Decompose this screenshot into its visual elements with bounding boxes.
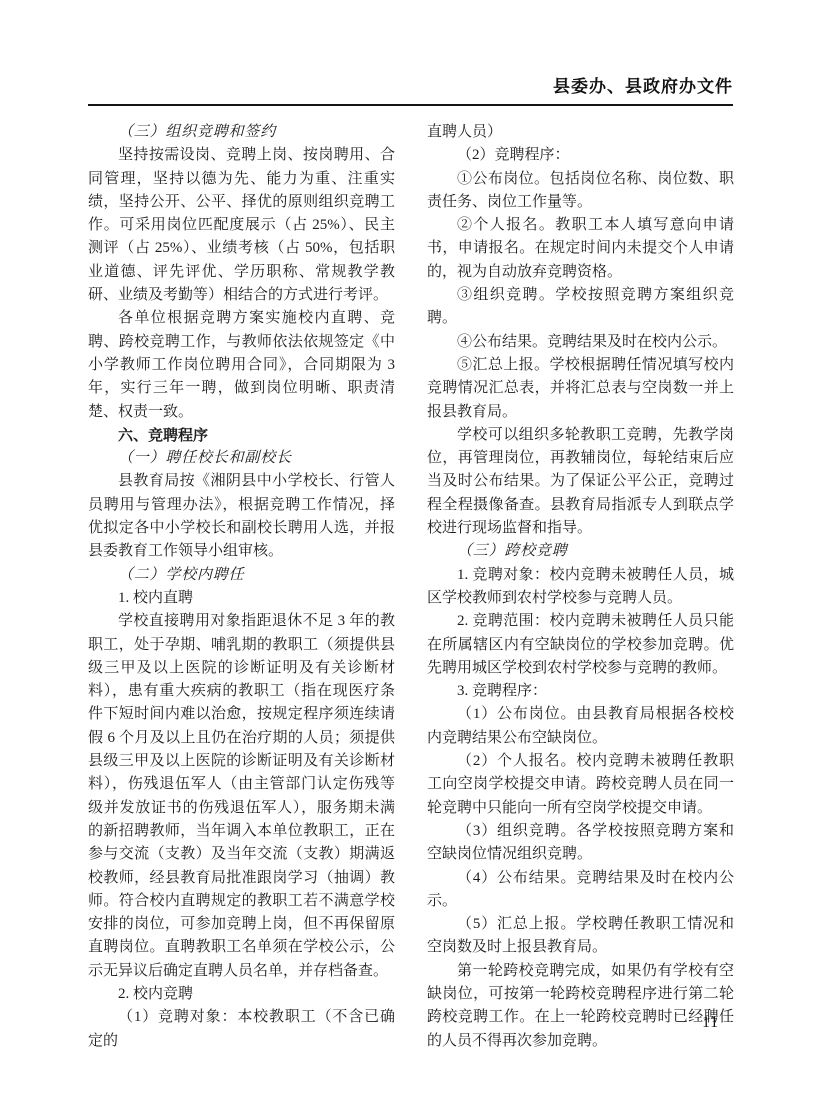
document-page: 县委办、县政府办文件 （三）组织竞聘和签约坚持按需设岗、竞聘上岗、按岗聘用、合同… xyxy=(0,0,816,1099)
body-paragraph: 县教育局按《湘阴县中小学校长、行管人员聘用与管理办法》，根据竞聘工作情况，择优拟… xyxy=(88,470,395,563)
body-paragraph: 坚持按需设岗、竞聘上岗、按岗聘用、合同管理，坚持以德为先、能力为重、注重实绩，坚… xyxy=(88,144,395,307)
body-paragraph: 3. 竞聘程序： xyxy=(427,680,734,703)
body-paragraph: ②个人报名。教职工本人填写意向申请书，申请报名。在规定时间内未提交个人申请的，视… xyxy=(427,214,734,284)
header-title: 县委办、县政府办文件 xyxy=(553,77,733,96)
body-paragraph: （1）公布岗位。由县教育局根据各校校内竞聘结果公布空缺岗位。 xyxy=(427,703,734,750)
body-paragraph: 直聘人员） xyxy=(427,121,734,144)
body-paragraph: ③组织竞聘。学校按照竞聘方案组织竞聘。 xyxy=(427,284,734,331)
body-paragraph: （2）个人报名。校内竞聘未被聘任教职工向空岗学校提交申请。跨校竞聘人员在同一轮竞… xyxy=(427,750,734,820)
subsection-heading: （三）组织竞聘和签约 xyxy=(88,121,395,144)
page-header: 县委办、县政府办文件 xyxy=(88,72,733,106)
subsection-heading: （三）跨校竞聘 xyxy=(427,540,734,563)
body-paragraph: （2）竞聘程序： xyxy=(427,144,734,167)
page-number: 11 xyxy=(702,1014,719,1032)
body-paragraph: （5）汇总上报。学校聘任教职工情况和空岗数及时上报县教育局。 xyxy=(427,913,734,960)
body-paragraph: 2. 校内竞聘 xyxy=(88,983,395,1006)
body-paragraph: 学校可以组织多轮教职工竞聘，先教学岗位，再管理岗位，再教辅岗位，每轮结束后应当及… xyxy=(427,424,734,540)
subsection-heading: （二）学校内聘任 xyxy=(88,564,395,587)
body-paragraph: ⑤汇总上报。学校根据聘任情况填写校内竞聘情况汇总表，并将汇总表与空岗数一并上报县… xyxy=(427,354,734,424)
body-paragraph: 2. 竞聘范围：校内竞聘未被聘任人员只能在所属辖区内有空缺岗位的学校参加竞聘。优… xyxy=(427,610,734,680)
body-paragraph: ④公布结果。竞聘结果及时在校内公示。 xyxy=(427,331,734,354)
two-column-body: （三）组织竞聘和签约坚持按需设岗、竞聘上岗、按岗聘用、合同管理，坚持以德为先、能… xyxy=(88,121,734,1053)
body-paragraph: （3）组织竞聘。各学校按照竞聘方案和空缺岗位情况组织竞聘。 xyxy=(427,820,734,867)
body-paragraph: （1）竞聘对象：本校教职工（不含已确定的 xyxy=(88,1006,395,1053)
body-paragraph: （4）公布结果。竞聘结果及时在校内公示。 xyxy=(427,867,734,914)
left-column: （三）组织竞聘和签约坚持按需设岗、竞聘上岗、按岗聘用、合同管理，坚持以德为先、能… xyxy=(88,121,395,1053)
body-paragraph: 各单位根据竞聘方案实施校内直聘、竞聘、跨校竞聘工作，与教师依法依规签定《中小学教… xyxy=(88,307,395,423)
body-paragraph: 1. 竞聘对象：校内竞聘未被聘任人员，城区学校教师到农村学校参与竞聘人员。 xyxy=(427,564,734,611)
section-heading: 六、竞聘程序 xyxy=(88,424,395,447)
body-paragraph: 第一轮跨校竞聘完成，如果仍有学校有空缺岗位，可按第一轮跨校竞聘程序进行第二轮跨校… xyxy=(427,960,734,1053)
body-paragraph: ①公布岗位。包括岗位名称、岗位数、职责任务、岗位工作量等。 xyxy=(427,168,734,215)
subsection-heading: （一）聘任校长和副校长 xyxy=(88,447,395,470)
body-paragraph: 1. 校内直聘 xyxy=(88,587,395,610)
body-paragraph: 学校直接聘用对象指距退休不足 3 年的教职工，处于孕期、哺乳期的教职工（须提供县… xyxy=(88,610,395,983)
right-column: 直聘人员）（2）竞聘程序：①公布岗位。包括岗位名称、岗位数、职责任务、岗位工作量… xyxy=(427,121,734,1053)
